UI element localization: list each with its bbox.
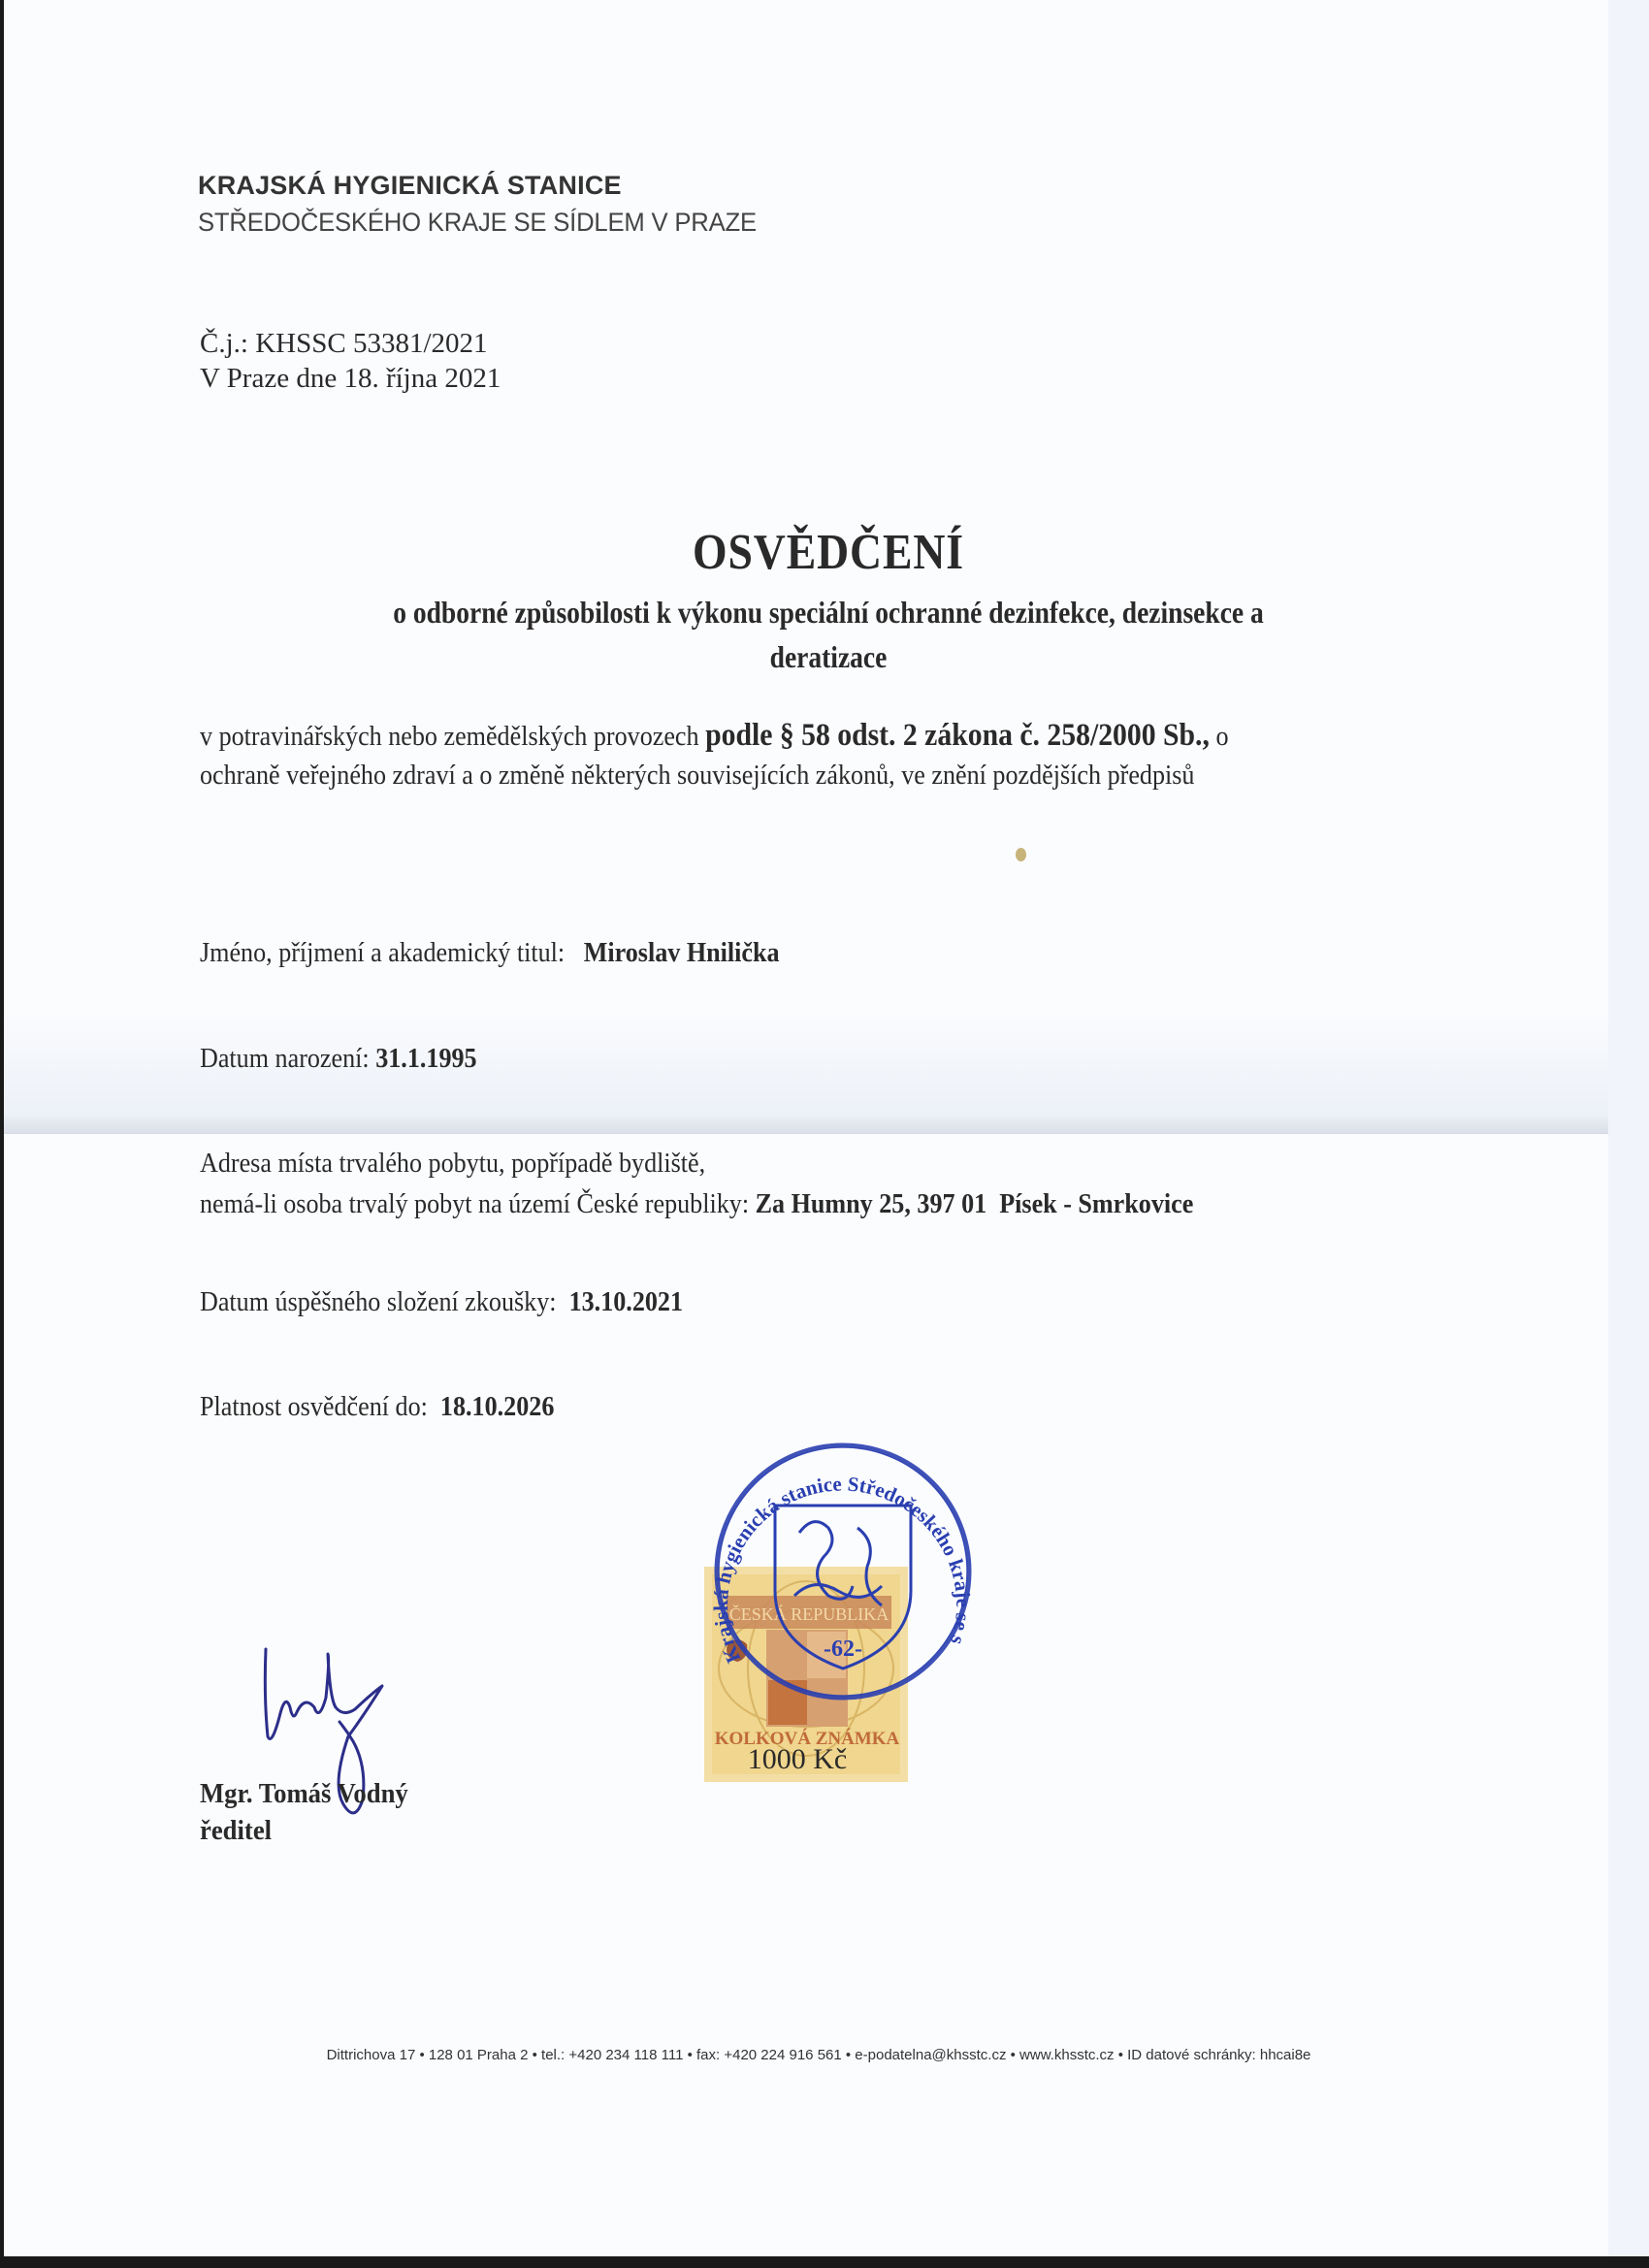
field-name: Jméno, příjmení a akademický titul: Miro… — [200, 937, 780, 969]
organization-name: KRAJSKÁ HYGIENICKÁ STANICE — [198, 171, 622, 201]
round-seal: Krajská hygienická stanice Středočeského… — [683, 1426, 975, 1698]
field-valid-until-value: 18.10.2026 — [440, 1391, 554, 1422]
signer-block: Mgr. Tomáš Vodný ředitel — [200, 1775, 408, 1849]
subtitle-text: o odborné způsobilosti k výkonu speciáln… — [337, 590, 1321, 679]
revenue-stamp-and-seal: ČESKÁ REPUBLIKA KOLKOVÁ ZNÁMKA 1000 Kč K… — [683, 1426, 993, 1795]
field-valid-until-label: Platnost osvědčení do: — [200, 1391, 428, 1422]
seal-number: -62- — [824, 1636, 862, 1662]
field-address-label-1: Adresa místa trvalého pobytu, popřípadě … — [200, 1143, 1193, 1183]
case-number: Č.j.: KHSSC 53381/2021 — [200, 326, 501, 361]
field-exam-date-label: Datum úspěšného složení zkoušky: — [200, 1286, 557, 1317]
field-name-value: Miroslav Hnilička — [584, 937, 780, 968]
certificate-page: KRAJSKÁ HYGIENICKÁ STANICE STŘEDOČESKÉHO… — [4, 0, 1608, 2256]
field-address-label-2: nemá-li osoba trvalý pobyt na území Česk… — [200, 1188, 749, 1219]
revenue-stamp-country: ČESKÁ REPUBLIKA — [729, 1604, 889, 1624]
paper-fold-line — [4, 1133, 1608, 1134]
paper-stain — [1016, 848, 1026, 861]
field-birth-date: Datum narození: 31.1.1995 — [200, 1043, 477, 1075]
place-date: V Praze dne 18. října 2021 — [200, 361, 501, 396]
field-birth-date-label: Datum narození: — [200, 1043, 370, 1074]
legal-law-reference: podle § 58 odst. 2 zákona č. 258/2000 Sb… — [705, 718, 1210, 753]
footer-contact: Dittrichova 17 • 128 01 Praha 2 • tel.: … — [4, 2047, 1608, 2063]
reference-block: Č.j.: KHSSC 53381/2021 V Praze dne 18. ř… — [200, 326, 501, 396]
legal-basis: v potravinářských nebo zemědělských prov… — [200, 716, 1291, 794]
field-exam-date-value: 13.10.2021 — [569, 1286, 683, 1317]
revenue-stamp: ČESKÁ REPUBLIKA KOLKOVÁ ZNÁMKA 1000 Kč — [704, 1567, 908, 1782]
field-exam-date: Datum úspěšného složení zkoušky: 13.10.2… — [200, 1286, 683, 1318]
field-address-value: Za Humny 25, 397 01 Písek - Smrkovice — [756, 1188, 1194, 1219]
legal-prefix: v potravinářských nebo zemědělských prov… — [200, 721, 705, 752]
document-subtitle: o odborné způsobilosti k výkonu speciáln… — [119, 590, 1537, 679]
scan-edge — [1608, 0, 1649, 2256]
document-title: OSVĚDČENÍ — [103, 524, 1554, 581]
signer-role: ředitel — [200, 1812, 408, 1849]
official-stamp-area: ČESKÁ REPUBLIKA KOLKOVÁ ZNÁMKA 1000 Kč K… — [683, 1426, 993, 1795]
revenue-stamp-value: 1000 Kč — [748, 1743, 847, 1775]
organization-subtitle: STŘEDOČESKÉHO KRAJE SE SÍDLEM V PRAZE — [198, 208, 757, 238]
field-name-label: Jméno, příjmení a akademický titul: — [200, 937, 565, 968]
field-address: Adresa místa trvalého pobytu, popřípadě … — [200, 1143, 1193, 1224]
field-valid-until: Platnost osvědčení do: 18.10.2026 — [200, 1391, 554, 1423]
field-birth-date-value: 31.1.1995 — [375, 1043, 476, 1074]
signer-name: Mgr. Tomáš Vodný — [200, 1775, 408, 1812]
